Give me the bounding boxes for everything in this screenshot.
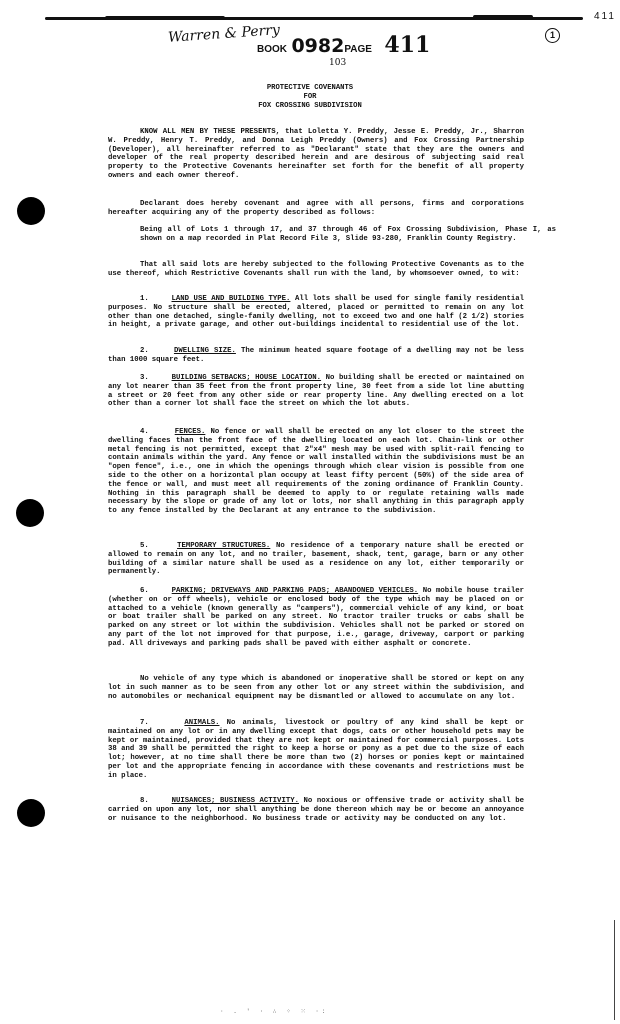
page-stamp-top-right: 411	[594, 11, 616, 22]
scan-edge-line	[614, 920, 615, 1020]
covenant-6: 6. PARKING; DRIVEWAYS AND PARKING PADS; …	[108, 587, 524, 649]
property-text: Being all of Lots 1 through 17, and 37 t…	[140, 226, 556, 244]
covenant-heading: BUILDING SETBACKS; HOUSE LOCATION.	[172, 374, 321, 382]
covenant-5: 5. TEMPORARY STRUCTURES. No residence of…	[108, 542, 524, 577]
title-line-2: FOR	[0, 93, 620, 102]
covenant-6-continuation: No vehicle of any type which is abandone…	[108, 675, 524, 701]
covenant-text: The minimum heated square footage of a d…	[108, 347, 524, 364]
top-rule-line	[45, 17, 583, 20]
book-page-stamp: BOOK 0982PAGE 411	[257, 32, 430, 58]
covenant-number: 7.	[140, 719, 149, 727]
punch-hole-bottom	[17, 799, 45, 827]
covenant-heading: ANIMALS.	[184, 719, 219, 727]
covenant-text: No fence or wall shall be erected on any…	[108, 428, 524, 515]
covenant-7: 7. ANIMALS. No animals, livestock or pou…	[108, 719, 524, 781]
page-number: 411	[384, 32, 430, 58]
covenant-3: 3. BUILDING SETBACKS; HOUSE LOCATION. No…	[108, 374, 524, 409]
covenant-text: All lots shall be used for single family…	[108, 295, 524, 329]
covenant-continuation-text: No vehicle of any type which is abandone…	[108, 675, 524, 701]
title-line-3: FOX CROSSING SUBDIVISION	[0, 102, 620, 111]
covenant-text: No residence of a temporary nature shall…	[108, 542, 524, 576]
punch-hole-middle	[16, 499, 44, 527]
covenant-number: 1.	[140, 295, 149, 303]
covenant-number: 6.	[140, 587, 149, 595]
subjected-paragraph: That all said lots are hereby subjected …	[108, 261, 524, 279]
covenant-4: 4. FENCES. No fence or wall shall be ere…	[108, 428, 524, 516]
covenant-number: 2.	[140, 347, 149, 355]
book-number: 0982	[291, 35, 344, 57]
covenant-heading: NUISANCES; BUSINESS ACTIVITY.	[172, 797, 299, 805]
covenant-number: 3.	[140, 374, 149, 382]
covenant-text: No noxious or offensive trade or activit…	[108, 797, 524, 823]
document-title: PROTECTIVE COVENANTS FOR FOX CROSSING SU…	[0, 84, 620, 111]
declarant-text: Declarant does hereby covenant and agree…	[108, 200, 524, 218]
covenant-heading: TEMPORARY STRUCTURES.	[177, 542, 270, 550]
punch-hole-top	[17, 197, 45, 225]
circled-page-number: 1	[545, 28, 560, 43]
covenant-heading: FENCES.	[175, 428, 206, 436]
declarant-paragraph: Declarant does hereby covenant and agree…	[108, 200, 524, 218]
intro-text: KNOW ALL MEN BY THESE PRESENTS, that Lol…	[108, 128, 524, 181]
covenant-heading: LAND USE AND BUILDING TYPE.	[172, 295, 291, 303]
covenant-number: 4.	[140, 428, 149, 436]
book-label: BOOK	[257, 44, 287, 55]
property-description: Being all of Lots 1 through 17, and 37 t…	[108, 226, 556, 244]
intro-paragraph: KNOW ALL MEN BY THESE PRESENTS, that Lol…	[108, 128, 524, 181]
covenant-8: 8. NUISANCES; BUSINESS ACTIVITY. No noxi…	[108, 797, 524, 823]
covenant-text: No mobile house trailer (whether on or o…	[108, 587, 524, 648]
covenant-number: 8.	[140, 797, 149, 805]
subjected-text: That all said lots are hereby subjected …	[108, 261, 524, 279]
handwritten-number: 103	[329, 58, 346, 68]
covenant-text: No animals, livestock or poultry of any …	[108, 719, 524, 780]
covenant-2: 2. DWELLING SIZE. The minimum heated squ…	[108, 347, 524, 365]
title-line-1: PROTECTIVE COVENANTS	[0, 84, 620, 93]
covenant-heading: PARKING; DRIVEWAYS AND PARKING PADS; ABA…	[172, 587, 418, 595]
covenant-1: 1. LAND USE AND BUILDING TYPE. All lots …	[108, 295, 524, 330]
page-label: PAGE	[344, 44, 372, 55]
covenant-heading: DWELLING SIZE.	[174, 347, 236, 355]
covenant-number: 5.	[140, 542, 149, 550]
scan-noise: · . ' · ∴ ⁘ ⁙ ·:	[220, 1008, 328, 1015]
